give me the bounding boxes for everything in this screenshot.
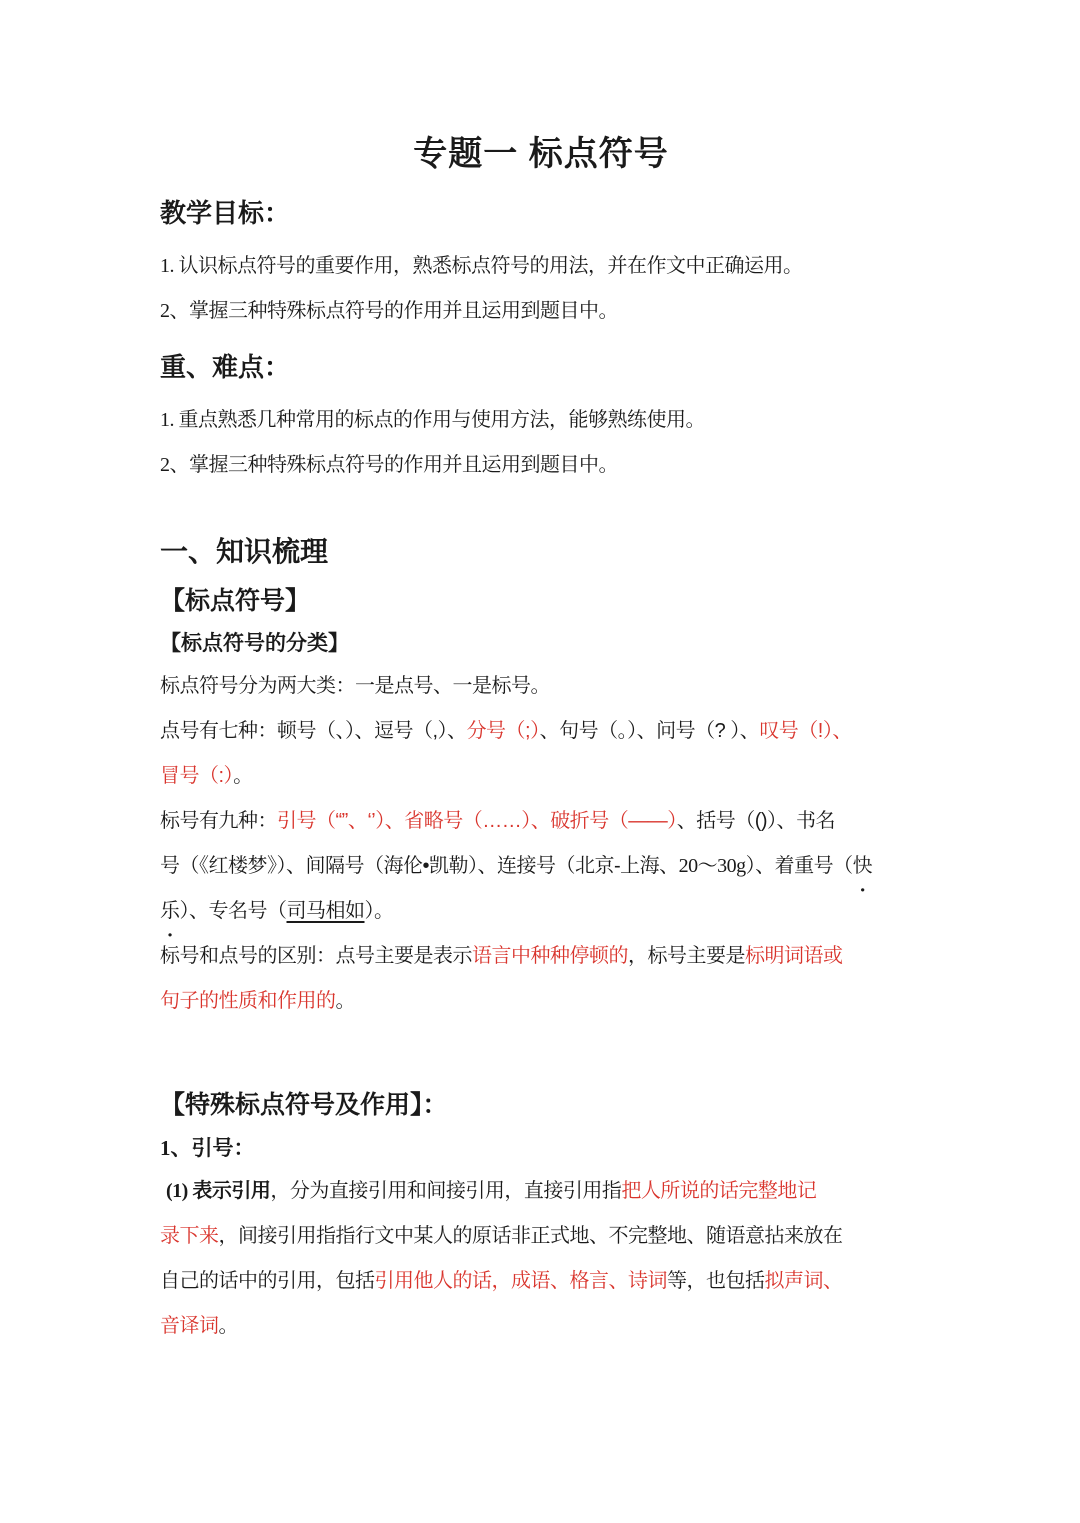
text-segment: 、掌握三种特殊标点符号的作用并且运用到题目中。 bbox=[170, 300, 619, 322]
text-line-dot-marks-2: 冒号（:）。 bbox=[160, 754, 922, 799]
text-segment: 。 bbox=[233, 765, 253, 787]
text-segment: 快 bbox=[853, 844, 873, 889]
text-segment: 。 bbox=[336, 990, 356, 1012]
text-segment: 、引号： bbox=[171, 1137, 255, 1160]
text-segment: 1. bbox=[160, 255, 179, 277]
text-line-sign-marks-3: 乐）、专名号（司马相如）。 bbox=[160, 889, 922, 934]
highlighted-text: 叹号（!）、 bbox=[759, 720, 852, 742]
highlighted-text: 音译词 bbox=[160, 1315, 219, 1337]
text-segment: 司马相如 bbox=[287, 900, 365, 922]
text-segment: ）。 bbox=[365, 900, 394, 922]
text-line-dot-marks-1: 点号有七种：顿号（、）、逗号（,）、分号（;）、句号（。）、问号（? ）、叹号（… bbox=[160, 709, 922, 754]
text-segment: ，间接引用指指行文中某人的原话非正式地、不完整地、随语意拈来放在 bbox=[219, 1225, 843, 1247]
text-segment: 1. bbox=[160, 409, 179, 431]
text-line-quotation-3: 自己的话中的引用，包括引用他人的话，成语、格言、诗词等，也包括拟声词、 bbox=[160, 1259, 922, 1304]
text-segment: 2 bbox=[160, 454, 170, 476]
list-item-goal-2: 2、掌握三种特殊标点符号的作用并且运用到题目中。 bbox=[160, 289, 922, 334]
text-line-sign-marks-2: 号（《红楼梦》）、间隔号（海伦•凯勒）、连接号（北京-上海、20～30g）、着重… bbox=[160, 844, 922, 889]
text-segment: 、掌握三种特殊标点符号的作用并且运用到题目中。 bbox=[170, 454, 619, 476]
text-segment: ，标号主要是 bbox=[628, 945, 745, 967]
highlighted-text: 引号（“”、‘’）、省略号（……）、破折号（——） bbox=[277, 810, 677, 832]
text-segment: 、句号（。）、问号（? ）、 bbox=[540, 720, 760, 742]
text-segment: ）、专名号（ bbox=[180, 900, 287, 922]
text-line-sign-marks-1: 标号有九种：引号（“”、‘’）、省略号（……）、破折号（——）、括号（()）、书… bbox=[160, 799, 922, 844]
text-segment: 2 bbox=[160, 300, 170, 322]
heading-punctuation-marks: 【标点符号】 bbox=[160, 584, 922, 618]
text-segment: 表示引用 bbox=[192, 1180, 270, 1202]
text-segment: 点号有七种：顿号（、）、逗号（,）、 bbox=[160, 720, 467, 742]
heading-teaching-goals: 教学目标： bbox=[160, 196, 922, 230]
text-segment: 一、知识梳理 bbox=[160, 536, 328, 567]
text-segment: 。 bbox=[219, 1315, 239, 1337]
document-page: 专题一 标点符号 教学目标： 1. 认识标点符号的重要作用，熟悉标点符号的用法，… bbox=[0, 0, 1080, 1523]
text-segment: 标点符号分为两大类：一是点号、一是标号。 bbox=[160, 675, 550, 697]
text-segment: ）、着重号（ bbox=[746, 855, 853, 877]
list-item-goal-1: 1. 认识标点符号的重要作用，熟悉标点符号的用法，并在作文中正确运用。 bbox=[160, 244, 922, 289]
list-item-key-2: 2、掌握三种特殊标点符号的作用并且运用到题目中。 bbox=[160, 443, 922, 488]
text-segment: 重点熟悉几种常用的标点的作用与使用方法，能够熟练使用。 bbox=[179, 409, 706, 431]
heading-special-punctuation: 【特殊标点符号及作用】： bbox=[160, 1088, 922, 1122]
text-segment: 重、难点： bbox=[160, 352, 290, 382]
text-line-two-types: 标点符号分为两大类：一是点号、一是标号。 bbox=[160, 664, 922, 709]
highlighted-text: 录下来 bbox=[160, 1225, 219, 1247]
text-line-quotation-2: 录下来，间接引用指指行文中某人的原话非正式地、不完整地、随语意拈来放在 bbox=[160, 1214, 922, 1259]
highlighted-text: 句子的性质和作用的 bbox=[160, 990, 336, 1012]
text-line-quotation-1: (1) 表示引用，分为直接引用和间接引用，直接引用指把人所说的话完整地记 bbox=[160, 1169, 922, 1214]
heading-punctuation-classification: 【标点符号的分类】 bbox=[160, 628, 922, 660]
highlighted-text: 拟声词、 bbox=[765, 1270, 843, 1292]
text-segment: 标号和点号的区别：点号主要是表示 bbox=[160, 945, 472, 967]
highlighted-text: 引用他人的话，成语、格言、诗词 bbox=[375, 1270, 668, 1292]
highlighted-text: 把人所说的话完整地记 bbox=[621, 1180, 816, 1202]
heading-quotation-marks: 1、引号： bbox=[160, 1132, 922, 1165]
text-segment: 教学目标： bbox=[160, 198, 290, 228]
text-line-difference-2: 句子的性质和作用的。 bbox=[160, 979, 922, 1024]
text-segment: 【特殊标点符号及作用】： bbox=[160, 1091, 448, 1119]
text-segment: 20～30g bbox=[679, 855, 746, 877]
text-line-difference-1: 标号和点号的区别：点号主要是表示语言中种种停顿的，标号主要是标明词语或 bbox=[160, 934, 922, 979]
text-segment: 专题一 标点符号 bbox=[413, 135, 668, 173]
text-segment: 乐 bbox=[160, 889, 180, 934]
text-segment: 等，也包括 bbox=[667, 1270, 765, 1292]
text-line-quotation-4: 音译词。 bbox=[160, 1304, 922, 1349]
highlighted-text: 标明词语或 bbox=[745, 945, 843, 967]
text-segment: 标号有九种： bbox=[160, 810, 277, 832]
text-segment: 【标点符号的分类】 bbox=[160, 632, 349, 655]
document-title: 专题一 标点符号 bbox=[160, 130, 922, 178]
text-segment: 、括号（()）、书名 bbox=[677, 810, 835, 832]
text-segment: 1 bbox=[160, 1136, 171, 1160]
text-segment: 【标点符号】 bbox=[160, 587, 310, 615]
text-segment: 认识标点符号的重要作用，熟悉标点符号的用法，并在作文中正确运用。 bbox=[179, 255, 803, 277]
text-segment: 号（《红楼梦》）、间隔号（海伦•凯勒）、连接号（北京-上海、 bbox=[160, 855, 679, 877]
text-segment: ，分为直接引用和间接引用，直接引用指 bbox=[270, 1180, 621, 1202]
list-item-key-1: 1. 重点熟悉几种常用的标点的作用与使用方法，能够熟练使用。 bbox=[160, 398, 922, 443]
text-segment: (1) bbox=[166, 1180, 192, 1202]
highlighted-text: 语言中种种停顿的 bbox=[472, 945, 628, 967]
highlighted-text: 分号（;） bbox=[467, 720, 540, 742]
heading-key-points: 重、难点： bbox=[160, 350, 922, 384]
heading-knowledge-review: 一、知识梳理 bbox=[160, 532, 922, 572]
highlighted-text: 冒号（:） bbox=[160, 765, 233, 787]
text-segment: 自己的话中的引用，包括 bbox=[160, 1270, 375, 1292]
